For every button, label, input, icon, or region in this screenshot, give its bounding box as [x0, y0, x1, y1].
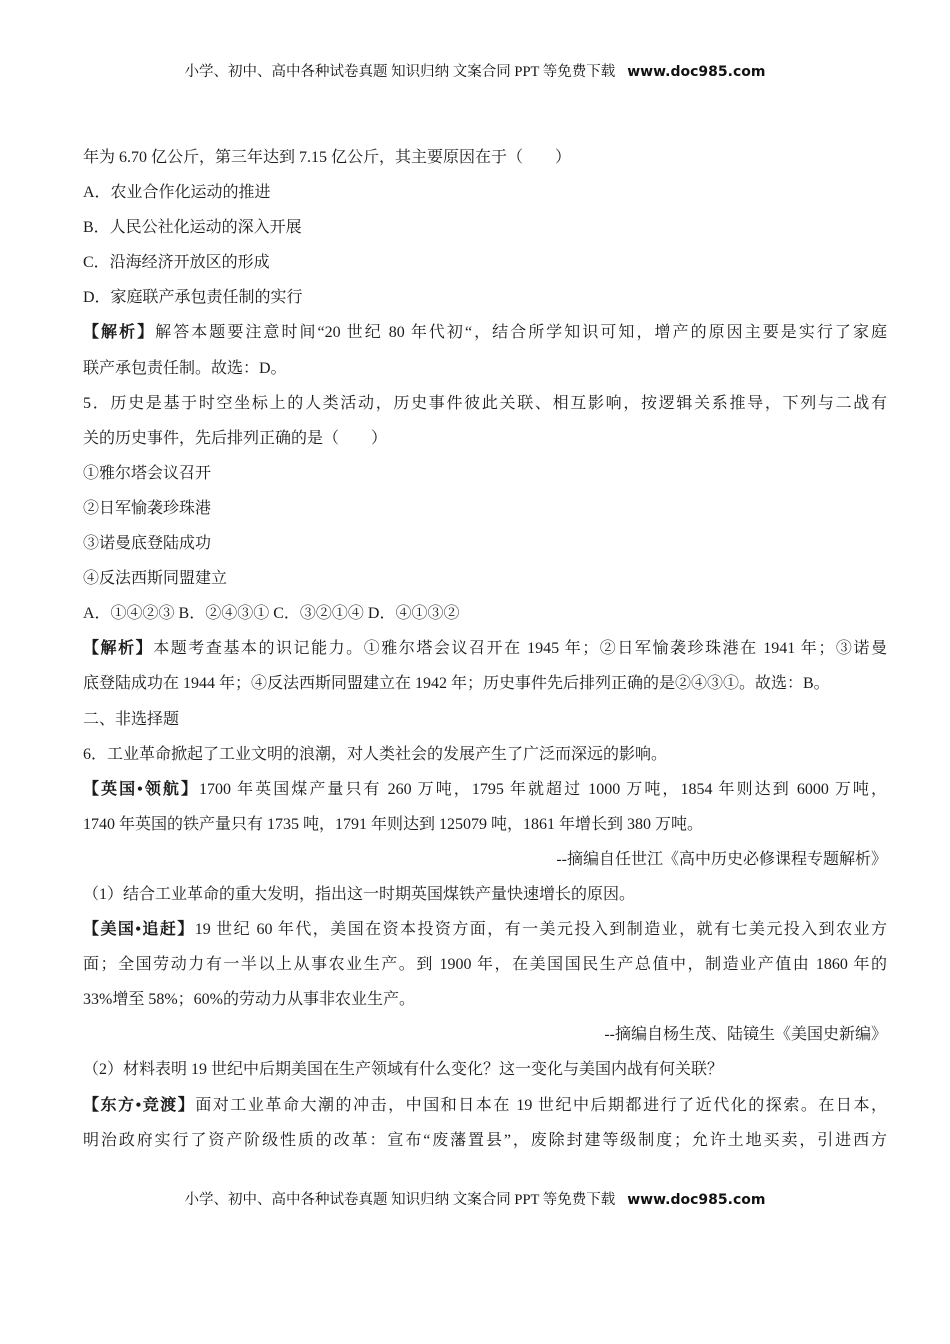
line-text: 年为 6.70 亿公斤，第三年达到 7.15 亿公斤，其主要原因在于（ ） [83, 149, 571, 166]
document-page: 小学、初中、高中各种试卷真题 知识归纳 文案合同 PPT 等免费下载www.do… [0, 0, 950, 1344]
line-text: 6．工业革命掀起了工业文明的浪潮，对人类社会的发展产生了广泛而深远的影响。 [83, 746, 667, 763]
material-uk-label: 【英国•领航】 [83, 781, 199, 798]
line-text: 明治政府实行了资产阶级性质的改革：宣布“废藩置县”，废除封建等级制度；允许土地买… [83, 1132, 887, 1149]
citation-uk: --摘编自任世江《高中历史必修课程专题解析》 [83, 842, 887, 877]
line-text: 关的历史事件，先后排列正确的是（ ） [83, 430, 387, 447]
subquestion-1: （1）结合工业革命的重大发明，指出这一时期英国煤铁产量快速增长的原因。 [83, 877, 887, 912]
question-5-stem-line-2: 关的历史事件，先后排列正确的是（ ） [83, 421, 887, 456]
line-text: ③诺曼底登陆成功 [83, 535, 211, 552]
line-text: 底登陆成功在 1944 年；④反法西斯同盟建立在 1942 年；历史事件先后排列… [83, 675, 830, 692]
line-text: （2）材料表明 19 世纪中后期美国在生产领域有什么变化？这一变化与美国内战有何… [83, 1061, 723, 1078]
line-text: --摘编自杨生茂、陆镜生《美国史新编》 [604, 1026, 887, 1043]
question-5-analysis-line-1: 【解析】本题考查基本的识记能力。①雅尔塔会议召开在 1945 年；②日军愉袭珍珠… [83, 631, 887, 666]
line-text: 联产承包责任制。故选：D。 [83, 360, 287, 377]
material-east-label: 【东方•竞渡】 [83, 1097, 195, 1114]
question-5-item-1: ①雅尔塔会议召开 [83, 456, 887, 491]
material-east-line-1: 【东方•竞渡】面对工业革命大潮的冲击，中国和日本在 19 世纪中后期都进行了近代… [83, 1088, 887, 1123]
question-5-stem-line-1: 5．历史是基于时空坐标上的人类活动，历史事件彼此关联、相互影响，按逻辑关系推导，… [83, 386, 887, 421]
question-4-option-c: C．沿海经济开放区的形成 [83, 245, 887, 280]
header-text: 小学、初中、高中各种试卷真题 知识归纳 文案合同 PPT 等免费下载 [185, 64, 616, 80]
footer-site-url: www.doc985.com [627, 1192, 765, 1208]
page-footer: 小学、初中、高中各种试卷真题 知识归纳 文案合同 PPT 等免费下载www.do… [0, 1186, 950, 1214]
line-text: ①雅尔塔会议召开 [83, 465, 211, 482]
material-us-line-2: 面；全国劳动力有一半以上从事农业生产。到 1900 年，在美国国民生产总值中，制… [83, 947, 887, 982]
material-us-line-1: 【美国•追赶】19 世纪 60 年代，美国在资本投资方面，有一美元投入到制造业，… [83, 912, 887, 947]
line-text: 19 世纪 60 年代，美国在资本投资方面，有一美元投入到制造业，就有七美元投入… [195, 921, 887, 938]
question-5-item-2: ②日军愉袭珍珠港 [83, 491, 887, 526]
question-4-option-a: A．农业合作化运动的推进 [83, 175, 887, 210]
line-text: D．家庭联产承包责任制的实行 [83, 289, 303, 306]
material-uk-line-1: 【英国•领航】1700 年英国煤产量只有 260 万吨，1795 年就超过 10… [83, 772, 887, 807]
question-4-option-d: D．家庭联产承包责任制的实行 [83, 280, 887, 315]
material-uk-line-2: 1740 年英国的铁产量只有 1735 吨，1791 年则达到 125079 吨… [83, 807, 887, 842]
question-4-option-b: B．人民公社化运动的深入开展 [83, 210, 887, 245]
analysis-label: 【解析】 [83, 640, 153, 657]
line-text: --摘编自任世江《高中历史必修课程专题解析》 [556, 851, 887, 868]
section-heading-non-choice: 二、非选择题 [83, 702, 887, 737]
line-text: A．农业合作化运动的推进 [83, 184, 271, 201]
question-4-analysis-line-2: 联产承包责任制。故选：D。 [83, 351, 887, 386]
header-site-url: www.doc985.com [627, 64, 765, 80]
material-us-label: 【美国•追赶】 [83, 921, 195, 938]
line-text: ④反法西斯同盟建立 [83, 570, 227, 587]
page-header: 小学、初中、高中各种试卷真题 知识归纳 文案合同 PPT 等免费下载www.do… [0, 58, 950, 86]
citation-us: --摘编自杨生茂、陆镜生《美国史新编》 [83, 1017, 887, 1052]
question-5-options: A．①④②③ B．②④③① C．③②①④ D．④①③② [83, 596, 887, 631]
footer-text: 小学、初中、高中各种试卷真题 知识归纳 文案合同 PPT 等免费下载 [185, 1192, 616, 1208]
line-text: 33%增至 58%；60%的劳动力从事非农业生产。 [83, 991, 415, 1008]
material-us-line-3: 33%增至 58%；60%的劳动力从事非农业生产。 [83, 982, 887, 1017]
line-text: 5．历史是基于时空坐标上的人类活动，历史事件彼此关联、相互影响，按逻辑关系推导，… [83, 395, 887, 412]
subquestion-2: （2）材料表明 19 世纪中后期美国在生产领域有什么变化？这一变化与美国内战有何… [83, 1052, 887, 1087]
question-5-analysis-line-2: 底登陆成功在 1944 年；④反法西斯同盟建立在 1942 年；历史事件先后排列… [83, 666, 887, 701]
question-5-item-3: ③诺曼底登陆成功 [83, 526, 887, 561]
line-text: B．人民公社化运动的深入开展 [83, 219, 302, 236]
line-text: ②日军愉袭珍珠港 [83, 500, 211, 517]
line-text: A．①④②③ B．②④③① C．③②①④ D．④①③② [83, 605, 459, 622]
question-6-intro: 6．工业革命掀起了工业文明的浪潮，对人类社会的发展产生了广泛而深远的影响。 [83, 737, 887, 772]
line-text: C．沿海经济开放区的形成 [83, 254, 270, 271]
question-5-item-4: ④反法西斯同盟建立 [83, 561, 887, 596]
question-4-analysis-line-1: 【解析】解答本题要注意时间“20 世纪 80 年代初“，结合所学知识可知，增产的… [83, 315, 887, 350]
line-text: 面；全国劳动力有一半以上从事农业生产。到 1900 年，在美国国民生产总值中，制… [83, 956, 887, 973]
line-text: 1700 年英国煤产量只有 260 万吨，1795 年就超过 1000 万吨，1… [199, 781, 887, 798]
document-body: 年为 6.70 亿公斤，第三年达到 7.15 亿公斤，其主要原因在于（ ） A．… [83, 140, 887, 1158]
line-text: 本题考查基本的识记能力。①雅尔塔会议召开在 1945 年；②日军愉袭珍珠港在 1… [153, 640, 887, 657]
material-east-line-2: 明治政府实行了资产阶级性质的改革：宣布“废藩置县”，废除封建等级制度；允许土地买… [83, 1123, 887, 1158]
line-text: 面对工业革命大潮的冲击，中国和日本在 19 世纪中后期都进行了近代化的探索。在日… [195, 1097, 887, 1114]
line-text: 解答本题要注意时间“20 世纪 80 年代初“，结合所学知识可知，增产的原因主要… [155, 324, 887, 341]
question-4-stem-continued: 年为 6.70 亿公斤，第三年达到 7.15 亿公斤，其主要原因在于（ ） [83, 140, 887, 175]
analysis-label: 【解析】 [83, 324, 155, 341]
line-text: （1）结合工业革命的重大发明，指出这一时期英国煤铁产量快速增长的原因。 [83, 886, 635, 903]
line-text: 二、非选择题 [83, 711, 179, 728]
line-text: 1740 年英国的铁产量只有 1735 吨，1791 年则达到 125079 吨… [83, 816, 703, 833]
